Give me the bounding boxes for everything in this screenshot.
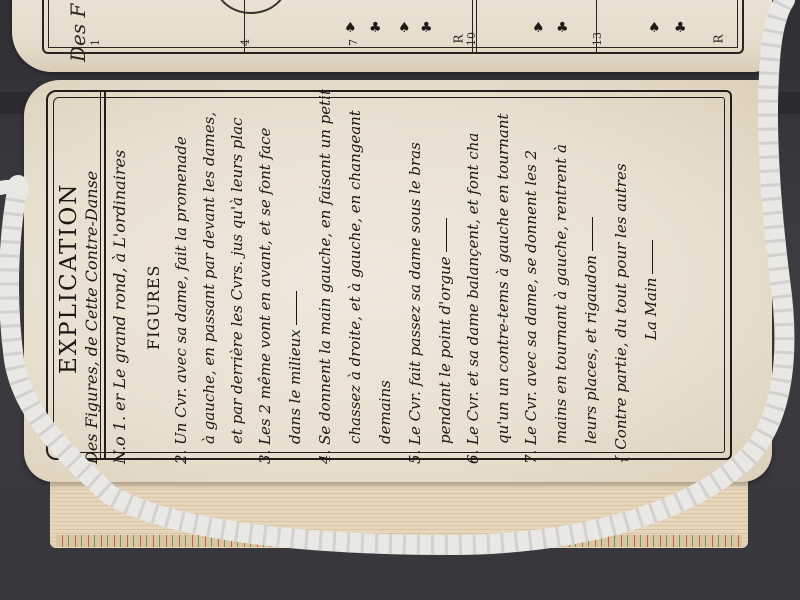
- line-filler-rule: [296, 291, 297, 325]
- text-line: chassez à droite, et à gauche, en change…: [346, 110, 364, 444]
- plate-cell-10: 10 ♠ ♣: [472, 0, 597, 52]
- text-line: mains en tournant à gauche, rentrent à: [552, 144, 570, 444]
- plate-cell-13: 13 ♠ ♣ R: [596, 0, 738, 52]
- dancer-marker-icon: ♣: [420, 20, 433, 36]
- dancer-marker-icon: ♣: [556, 20, 569, 36]
- plate-number: 4: [239, 39, 252, 46]
- explication-page: EXPLICATION Des Figures, de Cette Contre…: [24, 80, 772, 482]
- text-line-content: leurs places, et rigaudon: [582, 255, 600, 444]
- dancer-marker-icon: ♣: [674, 20, 687, 36]
- text-line-content: La Main: [642, 278, 660, 340]
- figure-1-line: N.o 1. er Le grand rond, à L'ordinaires: [110, 150, 129, 464]
- line-filler-rule: [446, 218, 447, 252]
- page-border: EXPLICATION Des Figures, de Cette Contre…: [46, 90, 732, 460]
- text-line: demains: [376, 380, 394, 444]
- dancer-marker-icon: ♠: [398, 20, 411, 36]
- text-line-content: dans le milieux: [286, 329, 304, 444]
- text-line: 4. Se donnent la main gauche, en faisant…: [316, 89, 334, 464]
- text-line: { Contre partie, du tout pour les autres: [612, 163, 630, 464]
- text-line: dans le milieux: [286, 291, 304, 444]
- text-line: pendant le point d'orgue: [436, 218, 454, 444]
- line-filler-rule: [592, 217, 593, 251]
- text-line: 3. Les 2 même vont en avant, et se font …: [256, 128, 274, 464]
- text-line-content: pendant le point d'orgue: [436, 256, 454, 444]
- text-line: 2. Un Cvr. avec sa dame, fait la promena…: [172, 136, 190, 464]
- text-line: 5. Le Cvr. fait passez sa dame sous le b…: [406, 142, 424, 464]
- facing-page-frame: Des F 1 4 ♠ ♣ 7 ♠ ♣ R 10 ♠ ♣ 13 ♠ ♣ R: [42, 0, 744, 54]
- dancer-marker-icon: ♠: [648, 20, 661, 36]
- page-subtitle: Des Figures, de Cette Contre-Danse: [82, 171, 101, 464]
- plate-cell-1: 1: [84, 0, 245, 52]
- text-line: leurs places, et rigaudon: [582, 217, 600, 444]
- plate-number: 10: [465, 32, 478, 46]
- facing-page: Des F 1 4 ♠ ♣ 7 ♠ ♣ R 10 ♠ ♣ 13 ♠ ♣ R: [12, 0, 772, 72]
- plate-number: 7: [347, 39, 360, 46]
- page-title: EXPLICATION: [56, 183, 82, 374]
- text-line: et par derrière les Cvrs. jus qu'à leurs…: [228, 117, 246, 444]
- signature-line: La Main: [642, 240, 660, 340]
- plate-label: R: [712, 34, 726, 43]
- plate-label: R: [452, 34, 466, 43]
- text-line: 7. Le Cvr. avec sa dame, se donnent les …: [522, 150, 540, 464]
- line-filler-rule: [652, 240, 653, 274]
- plate-number: 1: [89, 39, 102, 46]
- dancer-marker-icon: ♠: [532, 20, 545, 36]
- plate-number: 13: [591, 32, 604, 46]
- text-line: à gauche, en passant par devant les dame…: [200, 112, 218, 444]
- text-line: 6. Le Cvr. et sa dame balançent, et font…: [464, 133, 482, 464]
- figures-heading: FIGURES: [144, 265, 163, 350]
- decorated-page-edge: [56, 535, 742, 547]
- text-line: qu'un un contre-tems à gauche en tournan…: [494, 113, 512, 444]
- plate-cell-7b: 7 ♠ ♣ R: [352, 0, 473, 52]
